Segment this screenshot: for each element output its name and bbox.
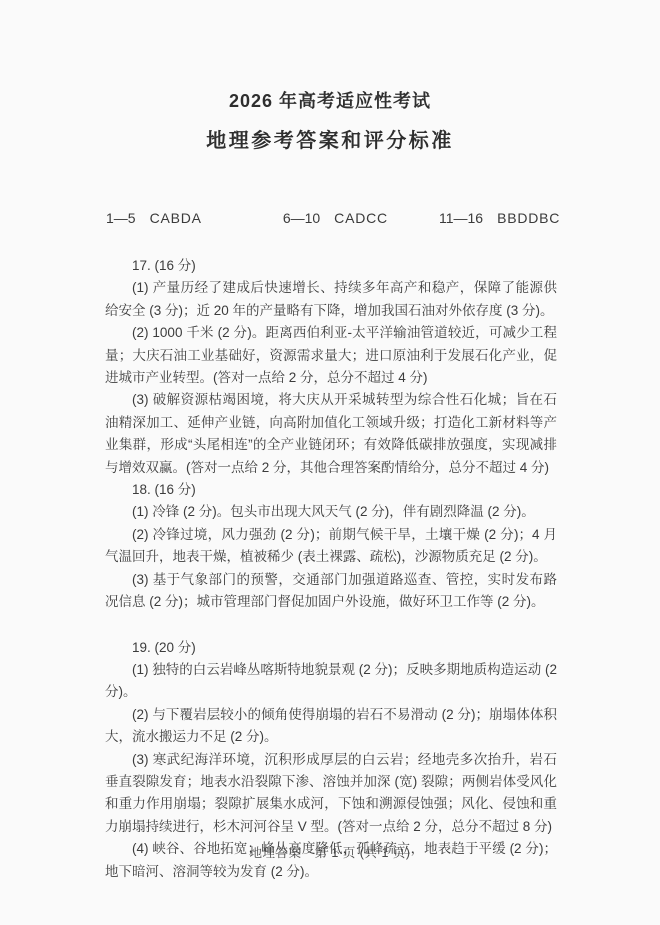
section-question-17: 17. (16 分) (1) 产量历经了建成后快速增长、持续多年高产和稳产，保障… — [105, 255, 557, 479]
answer-letters: BBDDBC — [497, 210, 560, 226]
answer-paragraph: (1) 冷锋 (2 分)。包头市出现大风天气 (2 分)，伴有剧烈降温 (2 分… — [105, 501, 557, 523]
answer-content: 17. (16 分) (1) 产量历经了建成后快速增长、持续多年高产和稳产，保障… — [105, 255, 557, 883]
answer-paragraph: (2) 冷锋过境，风力强劲 (2 分)；前期气候干旱，土壤干燥 (2 分)；4 … — [105, 524, 557, 569]
answer-paragraph: (3) 破解资源枯竭困境，将大庆从开采城转型为综合性石化城；旨在石油精深加工、延… — [105, 389, 557, 479]
question-range: 1—5 — [106, 210, 136, 226]
answer-sheet-page: 2026 年高考适应性考试 地理参考答案和评分标准 1—5 CABDA 6—10… — [0, 0, 660, 925]
section-heading: 18. (16 分) — [105, 479, 557, 501]
exam-title: 2026 年高考适应性考试 — [0, 87, 660, 113]
page-footer: 地理答案 第 1 页 (共 1 页) — [0, 843, 660, 861]
answer-letters: CADCC — [334, 210, 388, 226]
choice-answer-item: 1—5 CABDA — [106, 210, 202, 226]
answer-paragraph: (2) 1000 千米 (2 分)。距离西伯利亚-太平洋输油管道较近，可减少工程… — [105, 322, 557, 389]
question-range: 11—16 — [439, 210, 483, 226]
choice-answer-item: 6—10 CADCC — [283, 210, 388, 226]
section-question-18: 18. (16 分) (1) 冷锋 (2 分)。包头市出现大风天气 (2 分)，… — [105, 479, 557, 613]
question-range: 6—10 — [283, 210, 320, 226]
document-title: 地理参考答案和评分标准 — [0, 124, 660, 153]
answer-paragraph: (2) 与下覆岩层较小的倾角使得崩塌的岩石不易滑动 (2 分)；崩塌体体积大，流… — [105, 704, 557, 749]
answer-paragraph: (1) 独特的白云岩峰丛喀斯特地貌景观 (2 分)；反映多期地质构造运动 (2 … — [105, 659, 557, 704]
answer-paragraph: (3) 基于气象部门的预警，交通部门加强道路巡查、管控，实时发布路况信息 (2 … — [105, 569, 557, 614]
choice-answer-item: 11—16 BBDDBC — [439, 210, 560, 226]
choice-answers-row: 1—5 CABDA 6—10 CADCC 11—16 BBDDBC — [106, 210, 560, 226]
answer-paragraph: (3) 寒武纪海洋环境，沉积形成厚层的白云岩；经地壳多次抬升，岩石垂直裂隙发育；… — [105, 749, 557, 839]
answer-letters: CABDA — [150, 210, 202, 226]
section-heading: 19. (20 分) — [105, 637, 557, 659]
section-heading: 17. (16 分) — [105, 255, 557, 277]
answer-paragraph: (1) 产量历经了建成后快速增长、持续多年高产和稳产，保障了能源供给安全 (3 … — [105, 277, 557, 322]
